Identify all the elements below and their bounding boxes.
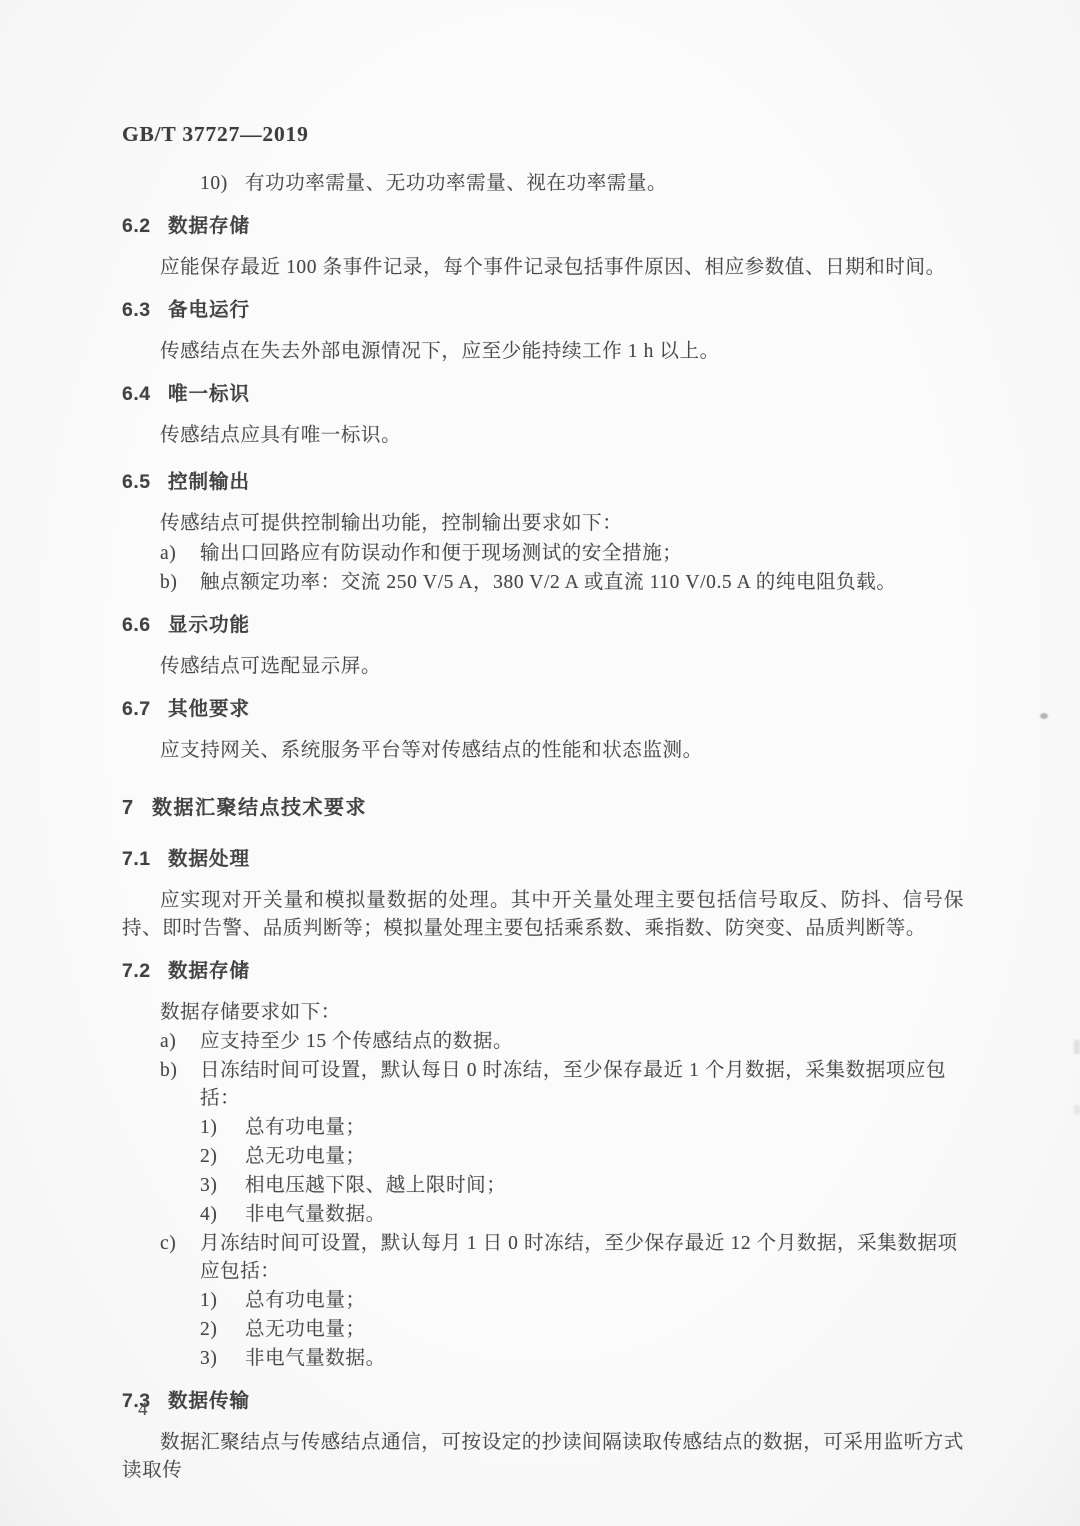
list-item: 1) 总有功电量；: [122, 1287, 964, 1315]
list-item-label: 3): [200, 1345, 245, 1373]
paragraph: 应支持网关、系统服务平台等对传感结点的性能和状态监测。: [122, 737, 964, 765]
list-item-text: 有功功率需量、无功功率需量、视在功率需量。: [245, 170, 964, 198]
list-item: 2) 总无功电量；: [122, 1143, 964, 1171]
list-item-text: 应支持至少 15 个传感结点的数据。: [200, 1028, 964, 1056]
chapter-title: 数据汇聚结点技术要求: [152, 797, 367, 819]
list-item-label: a): [160, 540, 200, 568]
page-number: 4: [138, 1396, 148, 1424]
list-item-label: 1): [200, 1114, 245, 1142]
list-item: 10) 有功功率需量、无功功率需量、视在功率需量。: [122, 170, 964, 198]
list-item-label: 3): [200, 1172, 245, 1200]
paragraph: 传感结点在失去外部电源情况下，应至少能持续工作 1 h 以上。: [122, 338, 964, 366]
list-item: b) 日冻结时间可设置，默认每日 0 时冻结，至少保存最近 1 个月数据，采集数…: [122, 1057, 964, 1113]
list-item-label: a): [160, 1028, 200, 1056]
section-heading-6-7: 6.7其他要求: [122, 695, 964, 723]
section-heading-7-2: 7.2数据存储: [122, 957, 964, 985]
scan-artifact-speck: [1040, 713, 1048, 719]
paragraph: 传感结点应具有唯一标识。: [122, 422, 964, 450]
list-item-text: 输出口回路应有防误动作和便于现场测试的安全措施；: [200, 540, 964, 568]
chapter-heading-7: 7数据汇聚结点技术要求: [122, 794, 964, 822]
section-title: 数据存储: [168, 215, 250, 237]
list-item-text: 总无功电量；: [245, 1316, 964, 1344]
paragraph: 传感结点可选配显示屏。: [122, 653, 964, 681]
section-title: 显示功能: [168, 614, 250, 636]
section-title: 数据处理: [168, 848, 250, 870]
section-number: 6.2: [122, 212, 168, 240]
section-heading-6-5: 6.5控制输出: [122, 468, 964, 496]
list-item: a) 应支持至少 15 个传感结点的数据。: [122, 1028, 964, 1056]
section-number: 6.5: [122, 468, 168, 496]
section-heading-7-1: 7.1数据处理: [122, 845, 964, 873]
paragraph: 应能保存最近 100 条事件记录，每个事件记录包括事件原因、相应参数值、日期和时…: [122, 254, 964, 282]
section-title: 数据存储: [168, 960, 250, 982]
section-number: 7.2: [122, 957, 168, 985]
section-heading-6-4: 6.4唯一标识: [122, 380, 964, 408]
section-title: 数据传输: [168, 1390, 250, 1412]
list-item-label: 10): [200, 170, 245, 198]
list-item-label: 2): [200, 1316, 245, 1344]
list-item-label: c): [160, 1230, 200, 1286]
paragraph: 数据汇聚结点与传感结点通信，可按设定的抄读间隔读取传感结点的数据，可采用监听方式…: [122, 1429, 964, 1485]
chapter-number: 7: [122, 794, 152, 822]
list-item-text: 非电气量数据。: [245, 1345, 964, 1373]
scan-artifact-edge-mark: [1074, 1040, 1080, 1054]
paragraph: 数据存储要求如下：: [122, 999, 964, 1027]
list-item-label: b): [160, 569, 200, 597]
list-item: 3) 相电压越下限、越上限时间；: [122, 1172, 964, 1200]
scan-artifact-edge-mark: [1074, 1105, 1080, 1115]
list-item-text: 非电气量数据。: [245, 1201, 964, 1229]
section-title: 唯一标识: [168, 383, 250, 405]
list-item-text: 总有功电量；: [245, 1114, 964, 1142]
list-item: 4) 非电气量数据。: [122, 1201, 964, 1229]
list-item: a) 输出口回路应有防误动作和便于现场测试的安全措施；: [122, 540, 964, 568]
section-heading-6-3: 6.3备电运行: [122, 296, 964, 324]
paragraph: 应实现对开关量和模拟量数据的处理。其中开关量处理主要包括信号取反、防抖、信号保持…: [122, 887, 964, 943]
list-item: b) 触点额定功率：交流 250 V/5 A，380 V/2 A 或直流 110…: [122, 569, 964, 597]
list-item: 3) 非电气量数据。: [122, 1345, 964, 1373]
section-heading-6-2: 6.2数据存储: [122, 212, 964, 240]
paragraph: 传感结点可提供控制输出功能，控制输出要求如下：: [122, 510, 964, 538]
scanned-document-page: GB/T 37727—2019 10) 有功功率需量、无功功率需量、视在功率需量…: [0, 0, 1080, 1526]
section-number: 6.3: [122, 296, 168, 324]
list-item: 1) 总有功电量；: [122, 1114, 964, 1142]
section-number: 6.7: [122, 695, 168, 723]
section-heading-6-6: 6.6显示功能: [122, 611, 964, 639]
list-item-label: b): [160, 1057, 200, 1113]
section-heading-7-3: 7.3数据传输: [122, 1387, 964, 1415]
list-item-text: 月冻结时间可设置，默认每月 1 日 0 时冻结，至少保存最近 12 个月数据，采…: [200, 1230, 964, 1286]
section-number: 7.1: [122, 845, 168, 873]
list-item-label: 4): [200, 1201, 245, 1229]
list-item-text: 日冻结时间可设置，默认每日 0 时冻结，至少保存最近 1 个月数据，采集数据项应…: [200, 1057, 964, 1113]
document-header-standard-number: GB/T 37727—2019: [122, 120, 964, 148]
section-title: 控制输出: [168, 471, 250, 493]
list-item-text: 触点额定功率：交流 250 V/5 A，380 V/2 A 或直流 110 V/…: [200, 569, 964, 597]
list-item-text: 相电压越下限、越上限时间；: [245, 1172, 964, 1200]
list-item-text: 总有功电量；: [245, 1287, 964, 1315]
section-title: 其他要求: [168, 698, 250, 720]
list-item: 2) 总无功电量；: [122, 1316, 964, 1344]
list-item-label: 2): [200, 1143, 245, 1171]
section-title: 备电运行: [168, 299, 250, 321]
section-number: 6.6: [122, 611, 168, 639]
list-item-text: 总无功电量；: [245, 1143, 964, 1171]
list-item: c) 月冻结时间可设置，默认每月 1 日 0 时冻结，至少保存最近 12 个月数…: [122, 1230, 964, 1286]
list-item-label: 1): [200, 1287, 245, 1315]
section-number: 6.4: [122, 380, 168, 408]
